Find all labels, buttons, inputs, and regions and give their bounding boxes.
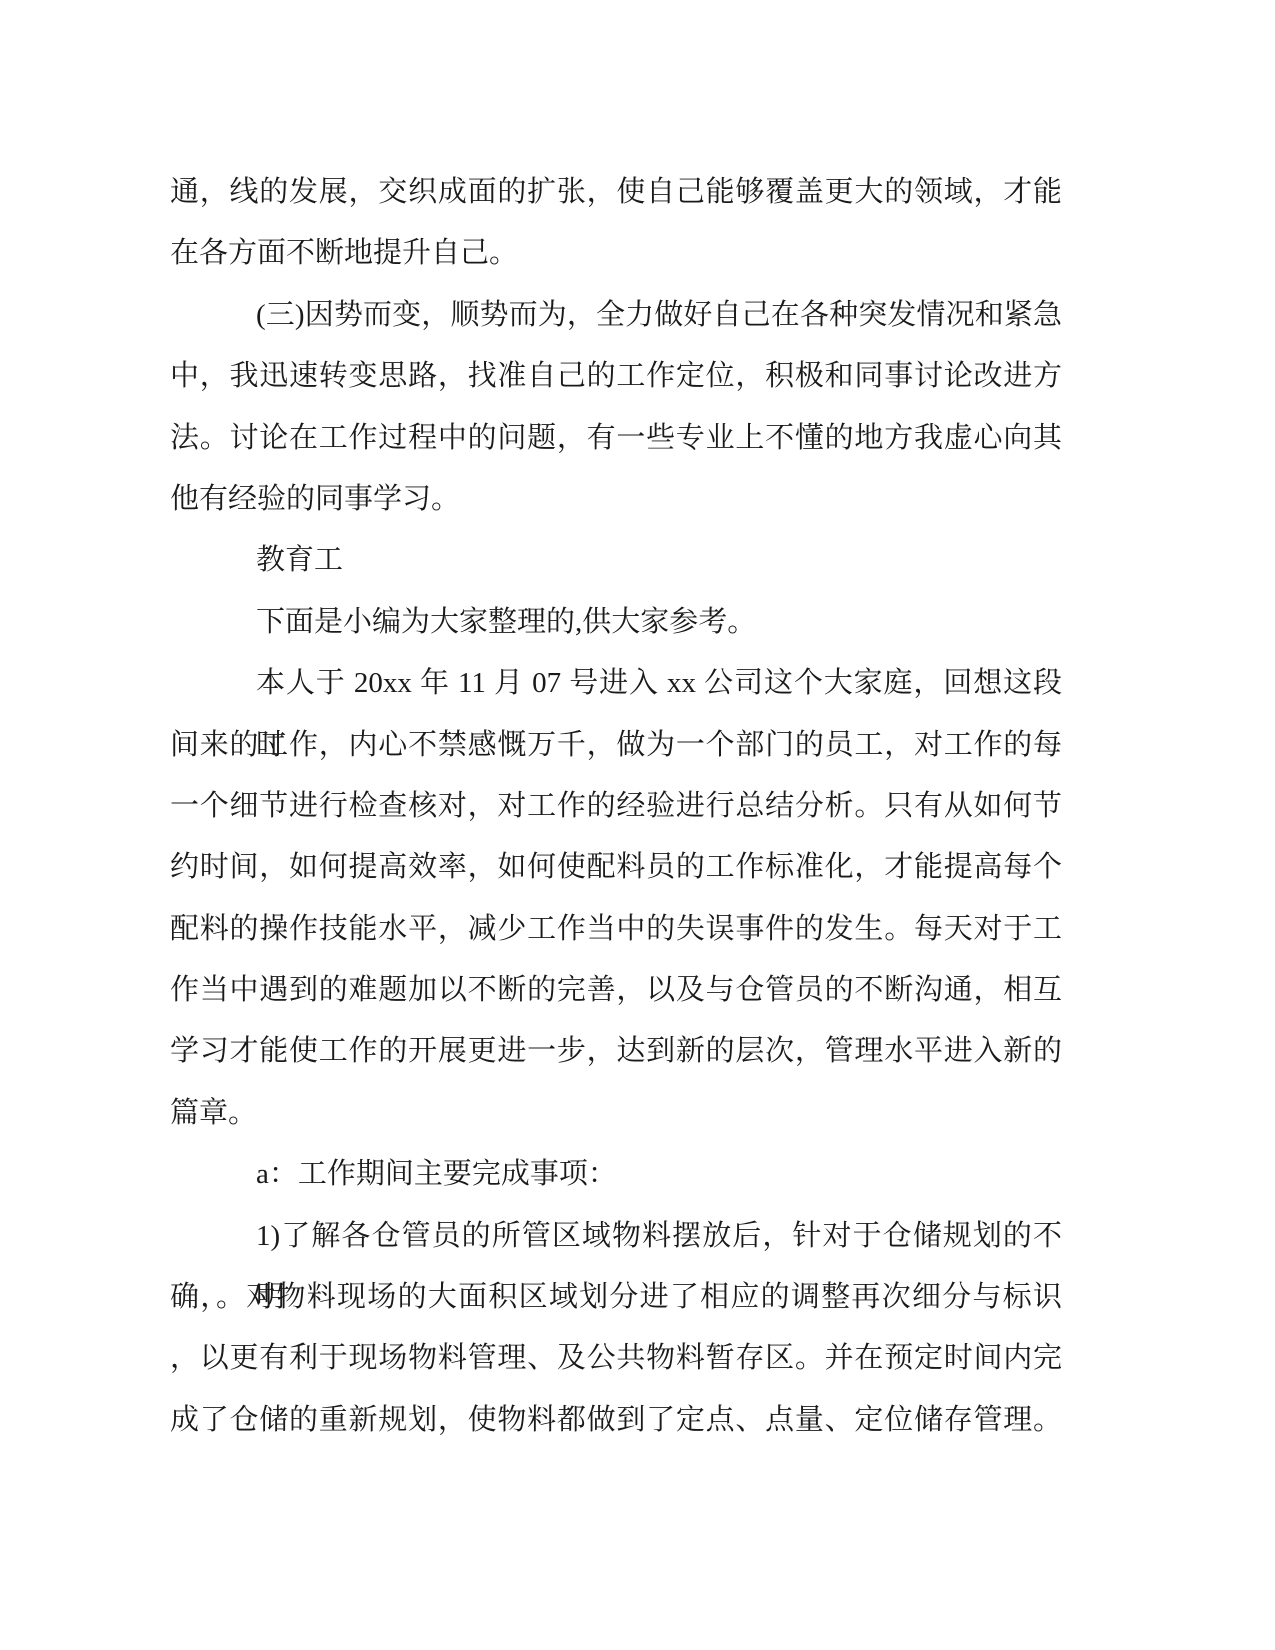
text-line: a：工作期间主要完成事项： [170,1144,1062,1205]
text-line: 一个细节进行检查核对，对工作的经验进行总结分析。只有从如何节 [170,776,1062,837]
text-line: 下面是小编为大家整理的,供大家参考。 [170,592,1062,653]
text-line: 学习才能使工作的开展更进一步，达到新的层次，管理水平进入新的 [170,1021,1062,1082]
document-page: 通，线的发展，交织成面的扩张，使自己能够覆盖更大的领域，才能在各方面不断地提升自… [0,0,1275,1650]
text-line: 1)了解各仓管员的所管区域物料摆放后，针对于仓储规划的不明 [170,1206,1062,1267]
text-line: 教育工 [170,530,1062,591]
text-line: 约时间，如何提高效率，如何使配料员的工作标准化，才能提高每个 [170,837,1062,898]
text-line: (三)因势而变，顺势而为，全力做好自己在各种突发情况和紧急 [170,285,1062,346]
text-line: 配料的操作技能水平，减少工作当中的失误事件的发生。每天对于工 [170,899,1062,960]
document-text: 通，线的发展，交织成面的扩张，使自己能够覆盖更大的领域，才能在各方面不断地提升自… [170,162,1062,1451]
text-line: 作当中遇到的难题加以不断的完善，以及与仓管员的不断沟通，相互 [170,960,1062,1021]
text-line: 他有经验的同事学习。 [170,469,1062,530]
text-line: 在各方面不断地提升自己。 [170,223,1062,284]
text-line: 本人于 20xx 年 11 月 07 号进入 xx 公司这个大家庭，回想这段时 [170,653,1062,714]
text-line: 篇章。 [170,1083,1062,1144]
text-line: 确，。对物料现场的大面积区域划分进了相应的调整再次细分与标识 [170,1267,1062,1328]
text-line: 间来的工作，内心不禁感慨万千，做为一个部门的员工，对工作的每 [170,715,1062,776]
text-line: 法。讨论在工作过程中的问题，有一些专业上不懂的地方我虚心向其 [170,408,1062,469]
text-line: 成了仓储的重新规划，使物料都做到了定点、点量、定位储存管理。 [170,1390,1062,1451]
text-line: 中，我迅速转变思路，找准自己的工作定位，积极和同事讨论改进方 [170,346,1062,407]
text-line: ，以更有利于现场物料管理、及公共物料暂存区。并在预定时间内完 [170,1328,1062,1389]
text-line: 通，线的发展，交织成面的扩张，使自己能够覆盖更大的领域，才能 [170,162,1062,223]
